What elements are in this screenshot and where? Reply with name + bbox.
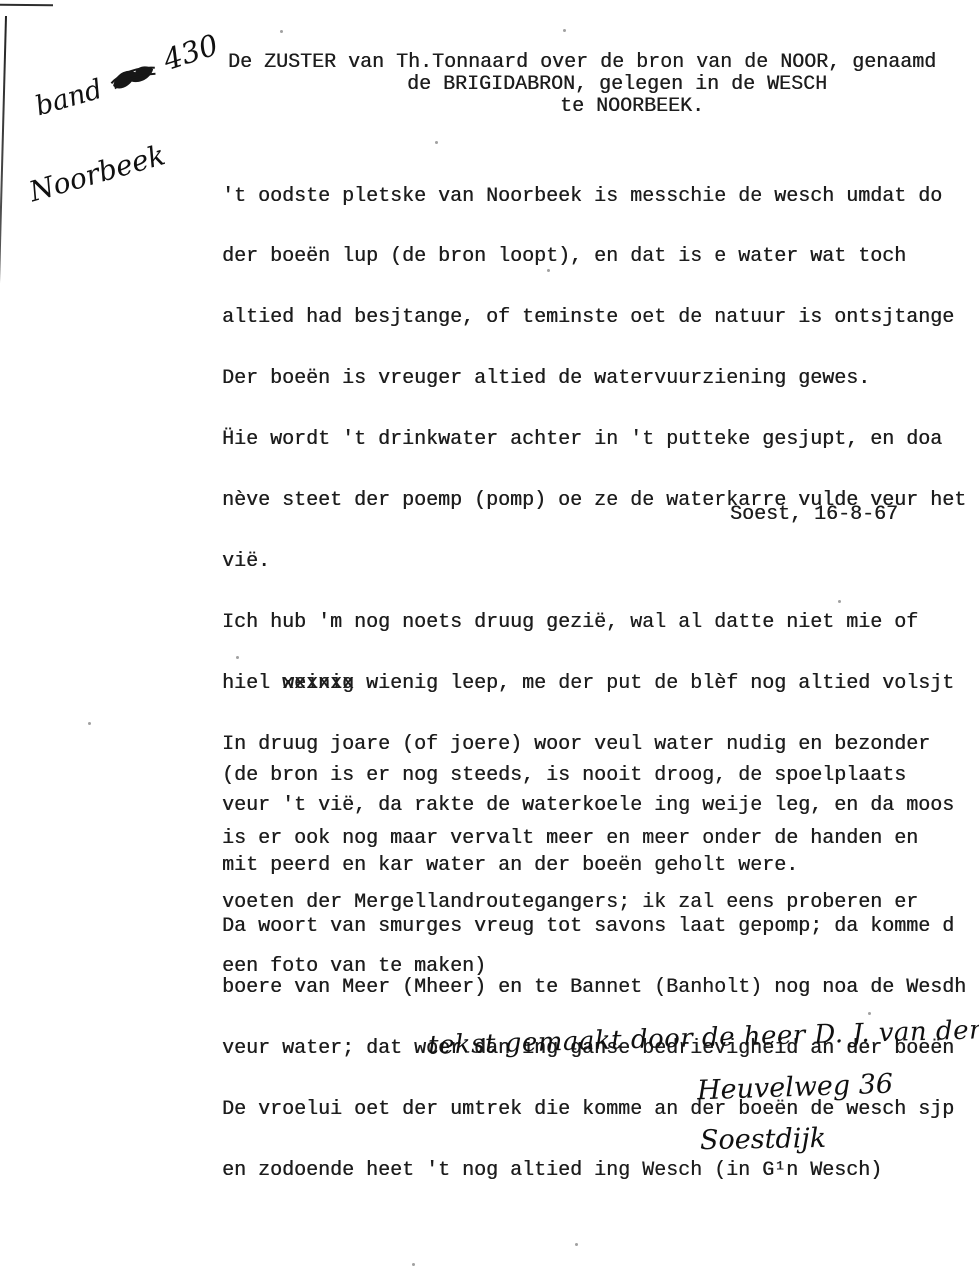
annotation-place: Noorbeek bbox=[25, 122, 224, 208]
body-line-text: hiel bbox=[222, 672, 282, 695]
body-line: en zodoende heet 't nog altied ing Wesch… bbox=[222, 1161, 966, 1181]
note-line: voeten der Mergellandroutegangers; ik za… bbox=[222, 892, 918, 913]
body-paragraphs: 't oodste pletske van Noorbeek is messch… bbox=[222, 146, 966, 1222]
annotation-band-text: band bbox=[32, 73, 106, 122]
scan-speck bbox=[563, 29, 566, 32]
corner-dash-mark bbox=[0, 4, 53, 6]
date-line: Soest, 16-8-67 bbox=[730, 505, 898, 525]
title-line-3: te NOORBEEK. bbox=[560, 97, 704, 117]
scan-speck bbox=[435, 141, 438, 144]
struck-word-overlay: xxxxxx bbox=[282, 674, 354, 694]
body-line-with-strikeout: hiel weinigxxxxxx wienig leep, me der pu… bbox=[222, 674, 966, 694]
scribble-mark bbox=[106, 59, 162, 100]
signature-line-city: Soestdijk bbox=[700, 1123, 827, 1156]
note-line: is er ook nog maar vervalt meer en meer … bbox=[222, 828, 918, 849]
body-line: altied had besjtange, of teminste oet de… bbox=[222, 308, 966, 328]
body-line: 't oodste pletske van Noorbeek is messch… bbox=[222, 187, 966, 207]
title-line-2: de BRIGIDABRON, gelegen in de WESCH bbox=[407, 75, 827, 95]
scan-speck bbox=[412, 1263, 415, 1266]
body-line: vië. bbox=[222, 552, 966, 572]
scan-speck bbox=[280, 30, 283, 33]
body-line: Der boeën is vreuger altied de watervuur… bbox=[222, 369, 966, 389]
body-line: der boeën lup (de bron loopt), en dat is… bbox=[222, 247, 966, 267]
body-line: De vroelui oet der umtrek die komme an d… bbox=[222, 1100, 966, 1120]
struck-word: weinigxxxxxx bbox=[282, 674, 354, 694]
annotation-number: 430 bbox=[159, 28, 222, 77]
margin-crease-line bbox=[0, 16, 7, 1268]
title-line-1: De ZUSTER van Th.Tonnaard over de bron v… bbox=[228, 53, 936, 73]
document-page: band 430 Noorbeek De ZUSTER van Th.Tonna… bbox=[0, 0, 979, 1287]
scan-speck bbox=[88, 722, 91, 725]
body-line: Ich hub 'm nog noets druug gezië, wal al… bbox=[222, 613, 966, 633]
body-line: Ḧie wordt 't drinkwater achter in 't put… bbox=[222, 430, 966, 450]
body-line-text: wienig leep, me der put de blèf nog alti… bbox=[354, 672, 954, 695]
scan-speck bbox=[575, 1243, 578, 1246]
note-line: (de bron is er nog steeds, is nooit droo… bbox=[222, 765, 918, 786]
handwritten-annotation: band 430 Noorbeek bbox=[36, 52, 227, 247]
note-line: een foto van te maken) bbox=[222, 956, 918, 977]
note-paragraph: (de bron is er nog steeds, is nooit droo… bbox=[222, 722, 918, 1020]
